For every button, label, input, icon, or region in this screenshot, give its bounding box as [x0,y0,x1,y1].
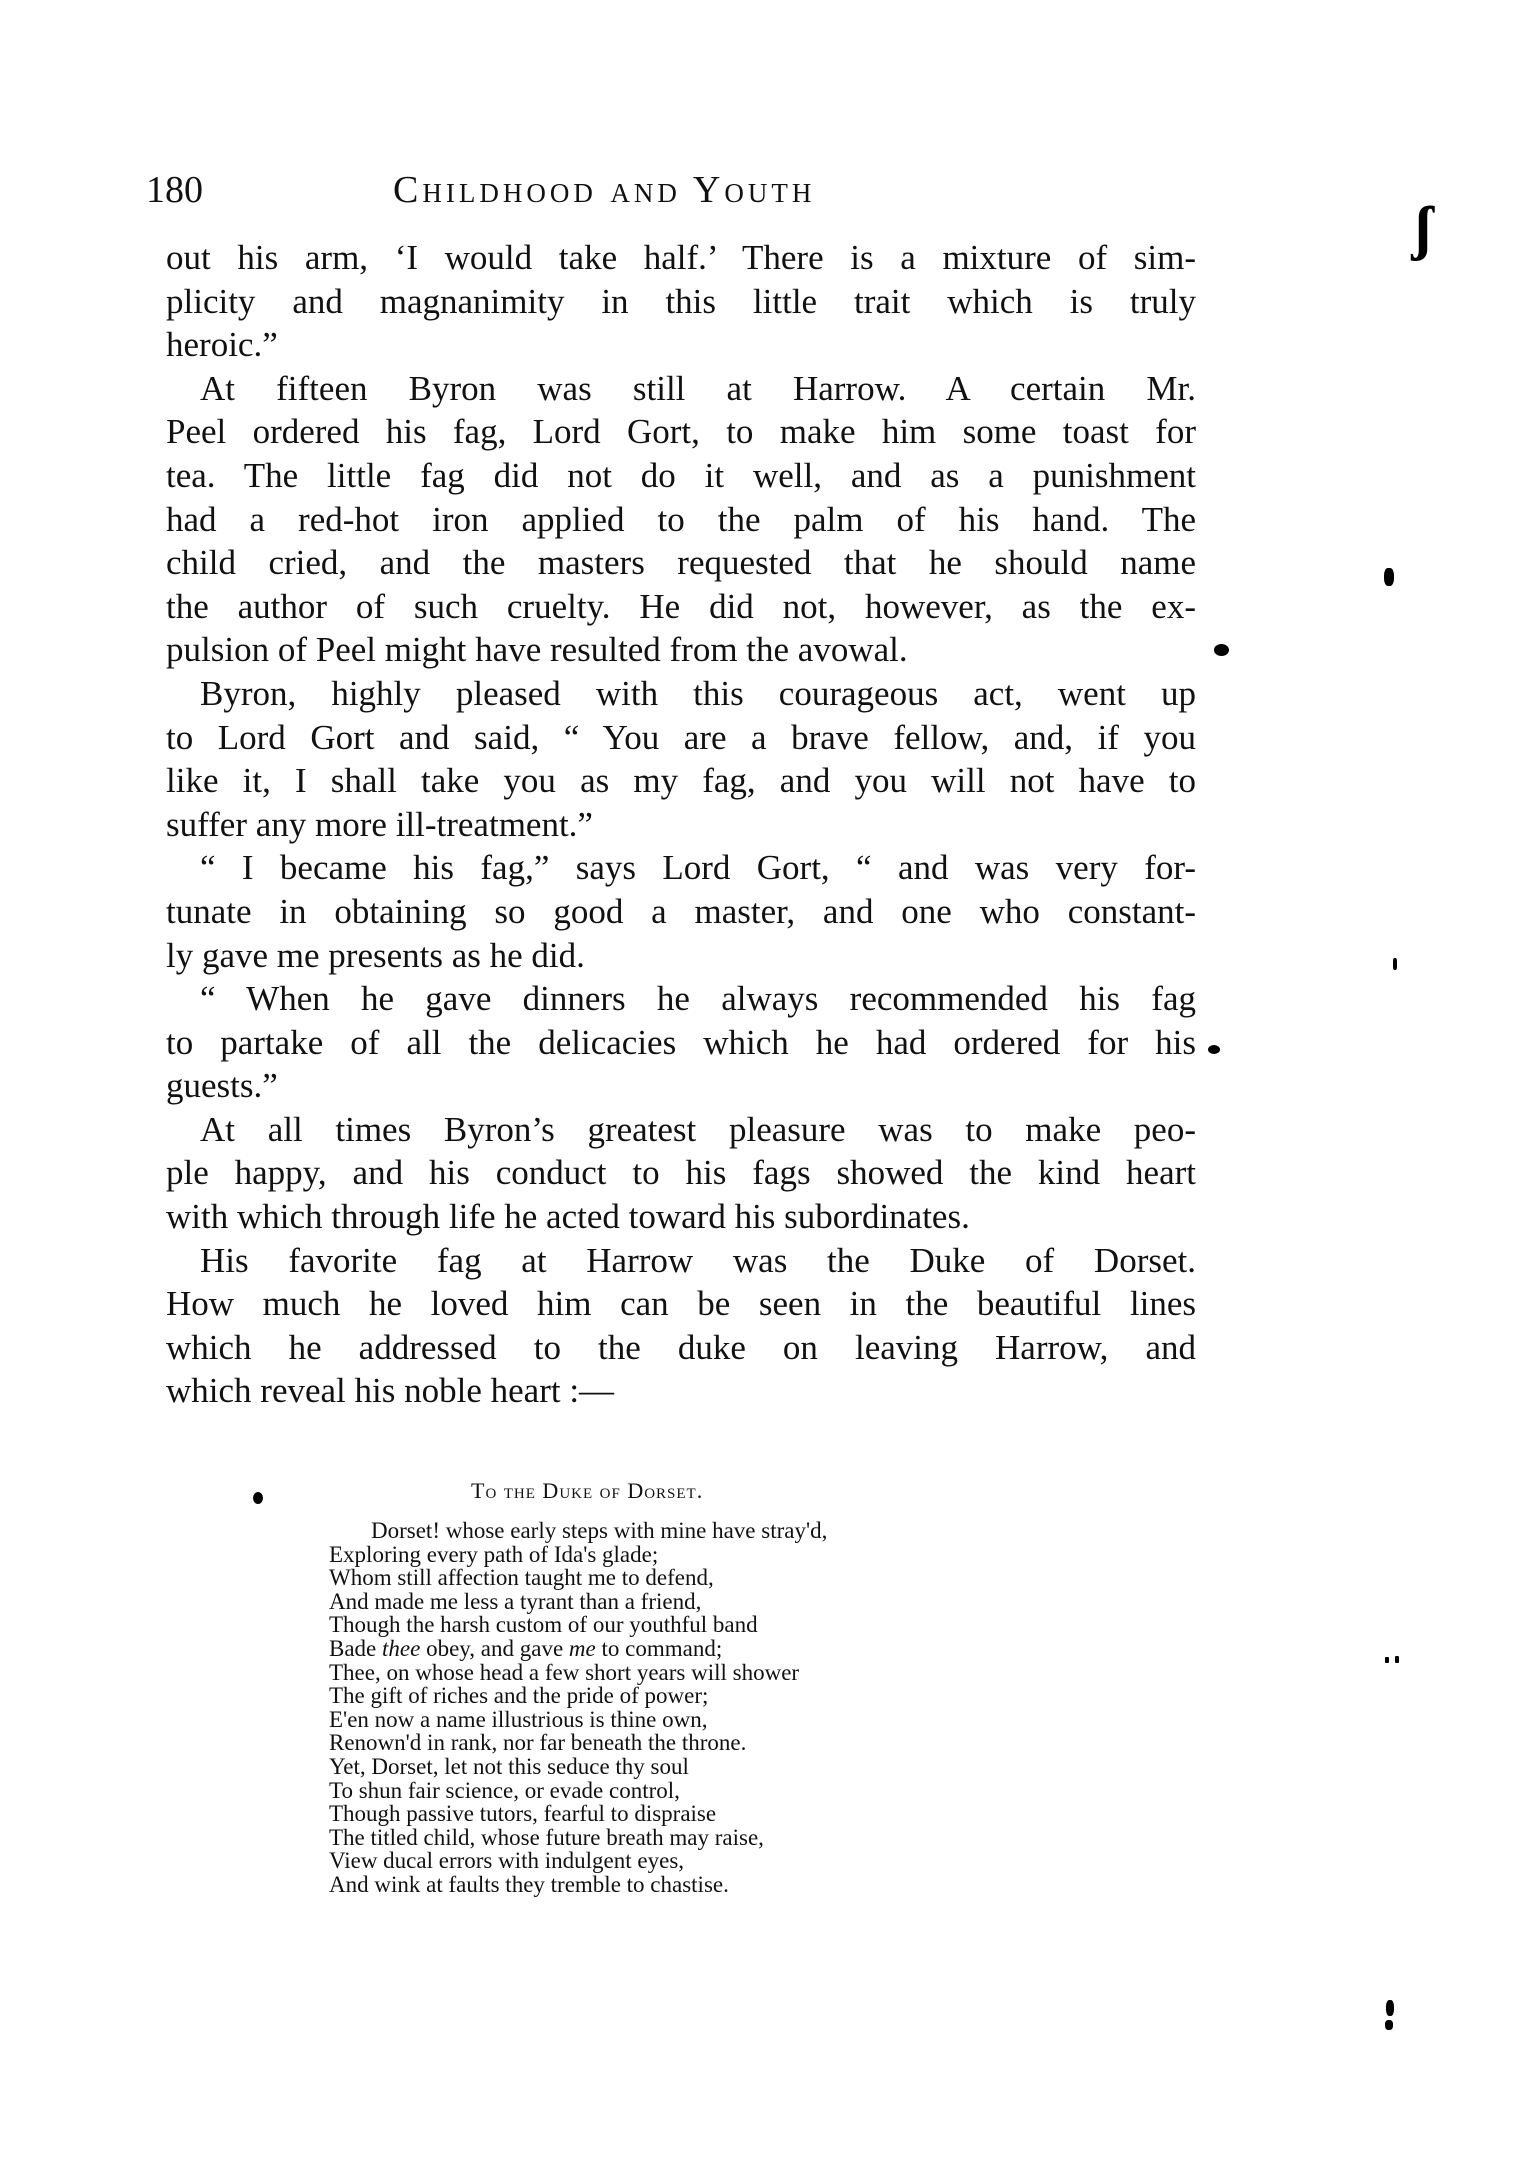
poem-line: Bade thee obey, and gave me to command; [329,1637,1129,1661]
body-line: guests.” [166,1064,1196,1108]
running-head: Childhood and Youth [393,165,815,215]
body-line: ple happy, and his conduct to his fags s… [166,1151,1196,1195]
poem-line: And made me less a tyrant than a friend, [329,1590,1129,1614]
body-line: pulsion of Peel might have resulted from… [166,628,1196,672]
body-line: tea. The little fag did not do it well, … [166,454,1196,498]
poem-line-segment: to command; [596,1636,722,1661]
body-line: like it, I shall take you as my fag, and… [166,759,1196,803]
poem-line-italic: thee [382,1636,420,1661]
body-line: the author of such cruelty. He did not, … [166,585,1196,629]
poem-line: Though passive tutors, fearful to dispra… [329,1802,1129,1826]
poem-line: Whom still affection taught me to defend… [329,1566,1129,1590]
scan-artifact-dot [1214,644,1229,656]
scan-artifact-mark: ʃ [1414,198,1432,258]
poem-line: The gift of riches and the pride of powe… [329,1684,1129,1708]
poem-line-italic: me [569,1636,596,1661]
body-line: had a red-hot iron applied to the palm o… [166,498,1196,542]
page-number: 180 [146,165,203,215]
poem-line: Though the harsh custom of our youthful … [329,1613,1129,1637]
body-line: At all times Byron’s greatest pleasure w… [166,1108,1196,1152]
body-line: which he addressed to the duke on leavin… [166,1326,1196,1370]
scan-artifact-dot [253,1492,263,1504]
scan-artifact-dot [1385,1657,1389,1663]
body-line: heroic.” [166,323,1196,367]
scan-artifact-dot [1386,2000,1394,2016]
scan-artifact-dot [1385,2020,1393,2030]
poem-line: Dorset! whose early steps with mine have… [329,1519,1129,1543]
poem-lines: Dorset! whose early steps with mine have… [329,1519,1129,1897]
poem-line-segment: Bade [329,1636,382,1661]
body-line: which reveal his noble heart :— [166,1369,1196,1413]
poem-title: To the Duke of Dorset. [329,1473,1129,1509]
body-line: suffer any more ill-treatment.” [166,803,1196,847]
body-line: ly gave me presents as he did. [166,934,1196,978]
body-text: out his arm, ‘I would take half.’ There … [166,236,1196,1413]
poem-line: To shun fair science, or evade control, [329,1779,1129,1803]
body-line: child cried, and the masters requested t… [166,541,1196,585]
scan-artifact-dot [1384,568,1394,586]
poem-line: And wink at faults they tremble to chast… [329,1873,1129,1897]
body-line: Byron, highly pleased with this courageo… [166,672,1196,716]
poem-line: Exploring every path of Ida's glade; [329,1543,1129,1567]
body-line: Peel ordered his fag, Lord Gort, to make… [166,410,1196,454]
body-line: tunate in obtaining so good a master, an… [166,890,1196,934]
poem-line-segment: obey, and gave [420,1636,569,1661]
body-line: “ I became his fag,” says Lord Gort, “ a… [166,846,1196,890]
body-line: plicity and magnanimity in this little t… [166,280,1196,324]
page-header: 180 Childhood and Youth [0,165,1523,215]
body-line: His favorite fag at Harrow was the Duke … [166,1239,1196,1283]
poem-line: View ducal errors with indulgent eyes, [329,1849,1129,1873]
body-line: to Lord Gort and said, “ You are a brave… [166,716,1196,760]
body-line: How much he loved him can be seen in the… [166,1282,1196,1326]
body-line: “ When he gave dinners he always recomme… [166,977,1196,1021]
scan-artifact-dot [1393,958,1397,970]
poem: To the Duke of Dorset. Dorset! whose ear… [329,1473,1129,1897]
poem-line: Renown'd in rank, nor far beneath the th… [329,1731,1129,1755]
body-line: with which through life he acted toward … [166,1195,1196,1239]
poem-line: Thee, on whose head a few short years wi… [329,1661,1129,1685]
poem-line: The titled child, whose future breath ma… [329,1826,1129,1850]
scan-artifact-dot [1208,1045,1220,1054]
body-line: to partake of all the delicacies which h… [166,1021,1196,1065]
scan-artifact-dot [1395,1656,1399,1663]
poem-line: E'en now a name illustrious is thine own… [329,1708,1129,1732]
body-line: At fifteen Byron was still at Harrow. A … [166,367,1196,411]
poem-line: Yet, Dorset, let not this seduce thy sou… [329,1755,1129,1779]
body-line: out his arm, ‘I would take half.’ There … [166,236,1196,280]
